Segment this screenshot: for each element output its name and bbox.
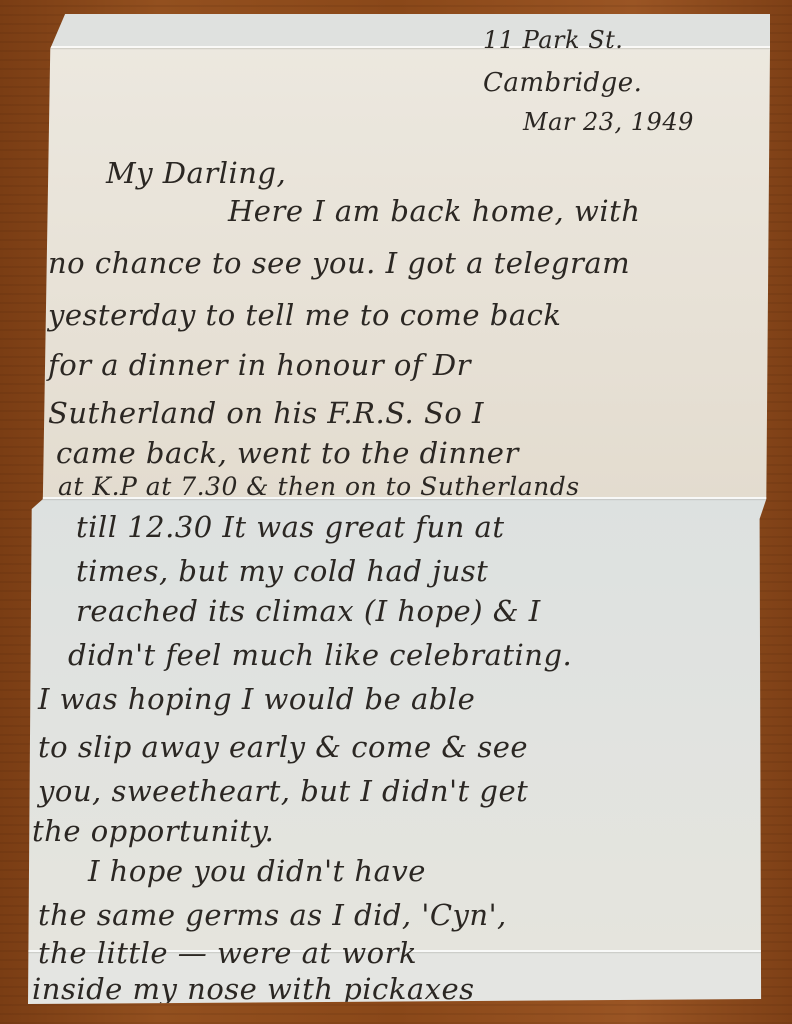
letter-line: I hope you didn't have <box>88 854 426 888</box>
letter-line: Here I am back home, with <box>228 194 640 228</box>
letter-line: at K.P at 7.30 & then on to Sutherlands <box>58 472 580 501</box>
paper-top-flap <box>28 14 770 46</box>
fold-crease <box>28 46 770 48</box>
address-line: 11 Park St. <box>483 26 623 54</box>
letter-line: came back, went to the dinner <box>56 436 519 470</box>
letter-line: didn't feel much like celebrating. <box>68 638 572 672</box>
letter-date: Mar 23, 1949 <box>523 108 694 136</box>
salutation: My Darling, <box>106 156 286 190</box>
letter-line: for a dinner in honour of Dr <box>48 348 471 382</box>
letter-line: till 12.30 It was great fun at <box>76 510 504 544</box>
letter-line: yesterday to tell me to come back <box>48 298 561 332</box>
letter-line: no chance to see you. I got a telegram <box>48 246 630 280</box>
letter-line: times, but my cold had just <box>76 554 488 588</box>
letter-line: the opportunity. <box>32 814 274 848</box>
address-city: Cambridge. <box>483 68 642 98</box>
handwritten-letter-page: 11 Park St. Cambridge. Mar 23, 1949 My D… <box>28 14 770 1004</box>
letter-line: reached its climax (I hope) & I <box>76 594 541 628</box>
letter-line: Sutherland on his F.R.S. So I <box>48 396 484 430</box>
letter-line: I was hoping I would be able <box>38 682 475 716</box>
letter-line: inside my nose with pickaxes <box>32 972 475 1006</box>
letter-line: the little — were at work <box>38 936 417 970</box>
letter-line: the same germs as I did, 'Cyn', <box>38 898 507 932</box>
letter-line: you, sweetheart, but I didn't get <box>38 774 528 808</box>
letter-line: to slip away early & come & see <box>38 730 528 764</box>
